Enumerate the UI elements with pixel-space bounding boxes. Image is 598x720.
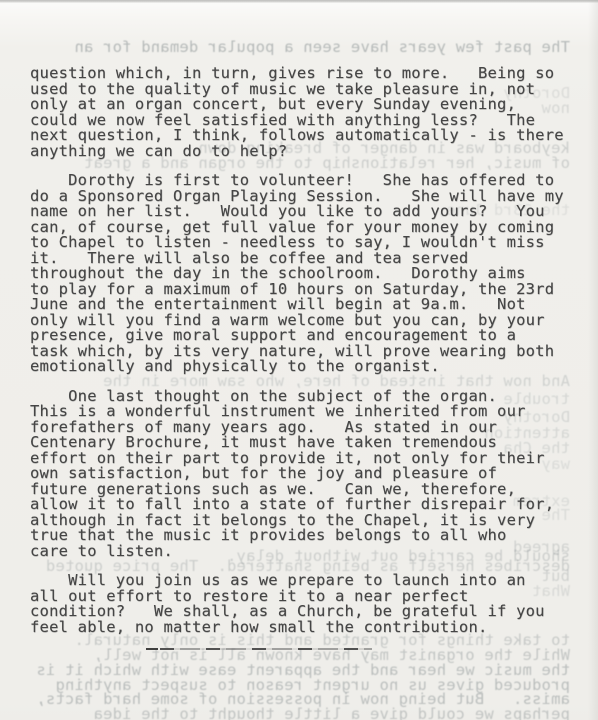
document-page: The past few years have seen a popular d…: [0, 0, 598, 720]
paragraph: Will you join us as we prepare to launch…: [30, 573, 564, 635]
paragraph: Dorothy is first to volunteer! She has o…: [30, 173, 564, 375]
bleed-through-line: While the organist may have known all is…: [93, 648, 570, 664]
scan-edge-right: [588, 0, 598, 720]
bleed-through-line: produced gives us no urgent reason to su…: [55, 678, 570, 694]
typed-line: emotionally and physically to the organi…: [30, 359, 564, 375]
bleed-through-line: the music we hear and the apparent ease …: [36, 663, 570, 679]
bleed-through-line: perhaps we could give a little thought t…: [93, 707, 570, 720]
typed-divider: [160, 648, 372, 650]
bleed-through-line: The past few years have seen a popular d…: [74, 40, 570, 56]
paragraph: One last thought on the subject of the o…: [30, 389, 564, 560]
typed-line: feel able, no matter how small the contr…: [30, 620, 564, 636]
typed-line: anything we can do to help?: [30, 144, 564, 160]
typed-line: care to listen.: [30, 544, 564, 560]
paragraph: question which, in turn, gives rise to m…: [30, 66, 564, 159]
scan-edge-top: [0, 0, 598, 3]
typed-text-block: question which, in turn, gives rise to m…: [30, 66, 564, 649]
bleed-through-line: amiss. But being now in possession of so…: [36, 692, 570, 708]
